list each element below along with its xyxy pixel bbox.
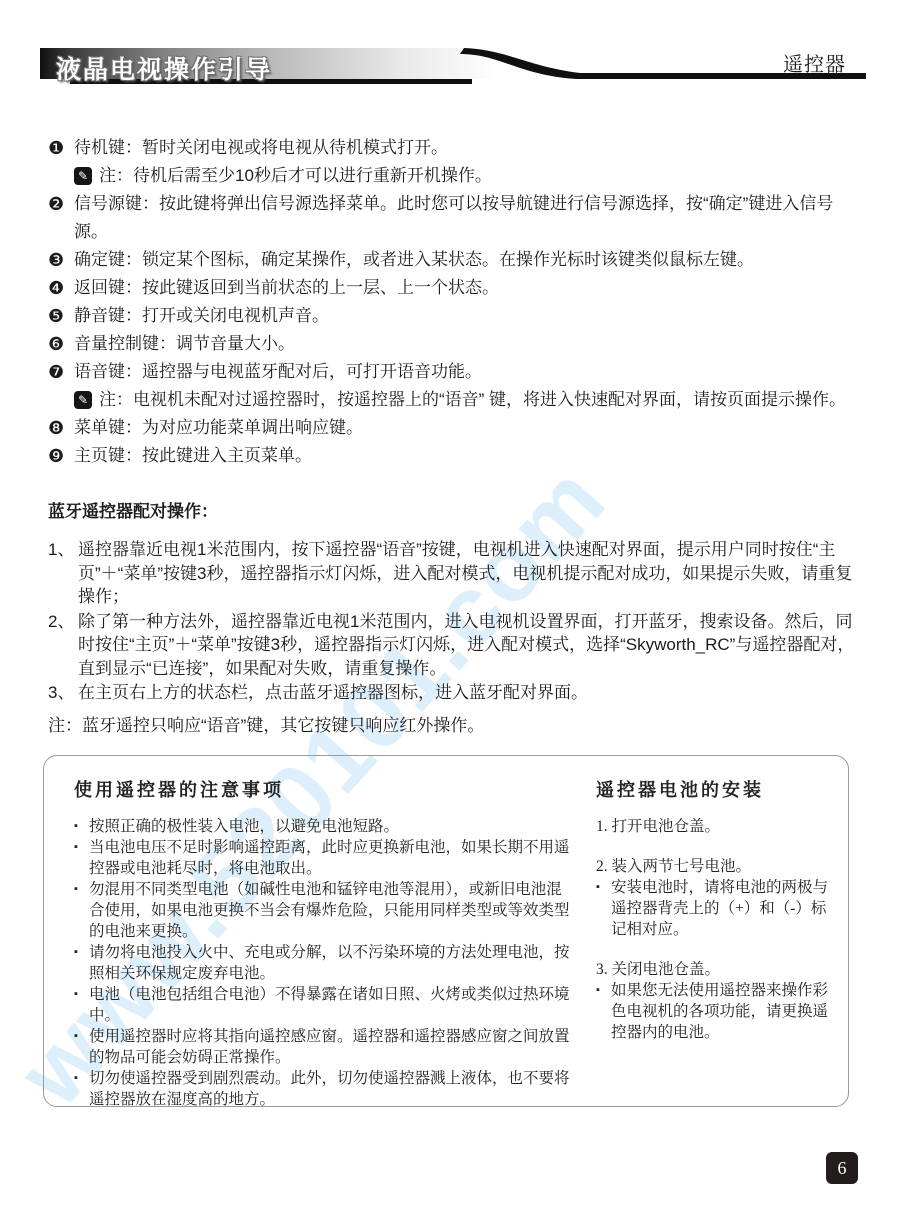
item-text: 信号源键：按此键将弹出信号源选择菜单。此时您可以按导航键进行信号源选择，按“确定… (74, 190, 860, 246)
circled-number: ❺ (48, 302, 74, 330)
key-description-list: ❶ 待机键：暂时关闭电视或将电视从待机模式打开。 ✎ 注：待机后需至少10秒后才… (48, 134, 860, 470)
list-item: ❷ 信号源键：按此键将弹出信号源选择菜单。此时您可以按导航键进行信号源选择，按“… (48, 190, 860, 246)
list-item: ❺ 静音键：打开或关闭电视机声音。 (48, 302, 860, 330)
step-text: 除了第一种方法外，遥控器靠近电视1米范围内，进入电视机设置界面，打开蓝牙，搜索设… (78, 610, 860, 681)
bullet-text: 电池（电池包括组合电池）不得暴露在诸如日照、火烤或类似过热环境中。 (89, 984, 574, 1026)
battery-install-title: 遥控器电池的安装 (596, 776, 828, 802)
list-item: ❹ 返回键：按此键返回到当前状态的上一层、上一个状态。 (48, 274, 860, 302)
circled-number: ❸ (48, 246, 74, 274)
circled-number: ❻ (48, 330, 74, 358)
pairing-section: 蓝牙遥控器配对操作： 1、 遥控器靠近电视1米范围内，按下遥控器“语音”按键，电… (48, 497, 860, 737)
bullet-item: ▪ 电池（电池包括组合电池）不得暴露在诸如日照、火烤或类似过热环境中。 (74, 984, 574, 1026)
square-bullet-icon: ▪ (74, 1068, 89, 1110)
precautions-column: 使用遥控器的注意事项 ▪ 按照正确的极性装入电池，以避免电池短路。 ▪ 当电池电… (74, 776, 574, 1110)
step-number: 1、 (48, 538, 78, 609)
bullet-item: ▪ 请勿将电池投入火中、充电或分解，以不污染环境的方法处理电池，按照相关环保规定… (74, 942, 574, 984)
square-bullet-icon: ▪ (596, 980, 611, 1043)
pencil-icon: ✎ (74, 391, 92, 409)
circled-number: ❷ (48, 190, 74, 246)
bullet-item: ▪ 如果您无法使用遥控器来操作彩色电视机的各项功能，请更换遥控器内的电池。 (596, 980, 828, 1043)
precautions-title: 使用遥控器的注意事项 (74, 776, 574, 802)
square-bullet-icon: ▪ (74, 879, 89, 942)
bullet-item: ▪ 勿混用不同类型电池（如碱性电池和锰锌电池等混用），或新旧电池混合使用，如果电… (74, 879, 574, 942)
note-line: ✎ 注：待机后需至少10秒后才可以进行重新开机操作。 (48, 162, 860, 190)
pencil-icon: ✎ (74, 167, 92, 185)
list-item: ❸ 确定键：锁定某个图标，确定某操作，或者进入某状态。在操作光标时该键类似鼠标左… (48, 246, 860, 274)
step-text: 在主页右上方的状态栏，点击蓝牙遥控器图标，进入蓝牙配对界面。 (78, 681, 860, 705)
circled-number: ❾ (48, 442, 74, 470)
page-number-badge: 6 (826, 1152, 858, 1184)
page-title: 液晶电视操作引导 (56, 50, 272, 86)
item-text: 主页键：按此键进入主页菜单。 (74, 442, 860, 470)
item-text: 返回键：按此键返回到当前状态的上一层、上一个状态。 (74, 274, 860, 302)
bullet-text: 请勿将电池投入火中、充电或分解，以不污染环境的方法处理电池，按照相关环保规定废弃… (89, 942, 574, 984)
circled-number: ❽ (48, 414, 74, 442)
bullet-text: 安装电池时，请将电池的两极与遥控器背壳上的（+）和（-）标记相对应。 (611, 877, 828, 940)
circled-number: ❹ (48, 274, 74, 302)
bullet-item: ▪ 切勿使遥控器受到剧烈震动。此外，切勿使遥控器溅上液体，也不要将遥控器放在湿度… (74, 1068, 574, 1110)
pairing-note: 注：蓝牙遥控只响应“语音”键，其它按键只响应红外操作。 (48, 714, 860, 738)
bullet-text: 按照正确的极性装入电池，以避免电池短路。 (89, 816, 574, 837)
square-bullet-icon: ▪ (74, 942, 89, 984)
step-number: 3、 (48, 681, 78, 705)
bullet-item: ▪ 使用遥控器时应将其指向遥控感应窗。遥控器和遥控器感应窗之间放置的物品可能会妨… (74, 1026, 574, 1068)
note-text: 注：电视机未配对过遥控器时，按遥控器上的“语音” 键，将进入快速配对界面，请按页… (99, 386, 860, 414)
battery-install-column: 遥控器电池的安装 1. 打开电池仓盖。 2. 装入两节七号电池。 ▪ 安装电池时… (596, 776, 828, 1043)
item-text: 语音键：遥控器与电视蓝牙配对后，可打开语音功能。 (74, 358, 860, 386)
bullet-text: 当电池电压不足时影响遥控距离，此时应更换新电池，如果长期不用遥控器或电池耗尽时，… (89, 837, 574, 879)
list-item: ❶ 待机键：暂时关闭电视或将电视从待机模式打开。 (48, 134, 860, 162)
circled-number: ❶ (48, 134, 74, 162)
bullet-text: 勿混用不同类型电池（如碱性电池和锰锌电池等混用），或新旧电池混合使用，如果电池更… (89, 879, 574, 942)
pairing-step: 1、 遥控器靠近电视1米范围内，按下遥控器“语音”按键，电视机进入快速配对界面，… (48, 538, 860, 609)
square-bullet-icon: ▪ (74, 1026, 89, 1068)
list-item: ❽ 菜单键：为对应功能菜单调出响应键。 (48, 414, 860, 442)
battery-step: 3. 关闭电池仓盖。 (596, 959, 828, 980)
item-text: 确定键：锁定某个图标，确定某操作，或者进入某状态。在操作光标时该键类似鼠标左键。 (74, 246, 860, 274)
list-item: ❼ 语音键：遥控器与电视蓝牙配对后，可打开语音功能。 (48, 358, 860, 386)
bullet-text: 使用遥控器时应将其指向遥控感应窗。遥控器和遥控器感应窗之间放置的物品可能会妨碍正… (89, 1026, 574, 1068)
bullet-item: ▪ 安装电池时，请将电池的两极与遥控器背壳上的（+）和（-）标记相对应。 (596, 877, 828, 940)
list-item: ❾ 主页键：按此键进入主页菜单。 (48, 442, 860, 470)
square-bullet-icon: ▪ (596, 877, 611, 940)
manual-page: www.520101.com 液晶电视操作引导 遥控器 (0, 0, 898, 1229)
step-number: 2、 (48, 610, 78, 681)
item-text: 菜单键：为对应功能菜单调出响应键。 (74, 414, 860, 442)
square-bullet-icon: ▪ (74, 984, 89, 1026)
pairing-title: 蓝牙遥控器配对操作： (48, 497, 860, 522)
note-line: ✎ 注：电视机未配对过遥控器时，按遥控器上的“语音” 键，将进入快速配对界面，请… (48, 386, 860, 414)
section-label: 遥控器 (783, 48, 846, 77)
square-bullet-icon: ▪ (74, 816, 89, 837)
step-text: 遥控器靠近电视1米范围内，按下遥控器“语音”按键，电视机进入快速配对界面，提示用… (78, 538, 860, 609)
notice-box: 使用遥控器的注意事项 ▪ 按照正确的极性装入电池，以避免电池短路。 ▪ 当电池电… (43, 755, 849, 1107)
square-bullet-icon: ▪ (74, 837, 89, 879)
bullet-text: 如果您无法使用遥控器来操作彩色电视机的各项功能，请更换遥控器内的电池。 (611, 980, 828, 1043)
battery-step: 1. 打开电池仓盖。 (596, 816, 828, 837)
item-text: 待机键：暂时关闭电视或将电视从待机模式打开。 (74, 134, 860, 162)
circled-number: ❼ (48, 358, 74, 386)
pairing-step: 2、 除了第一种方法外，遥控器靠近电视1米范围内，进入电视机设置界面，打开蓝牙，… (48, 610, 860, 681)
item-text: 静音键：打开或关闭电视机声音。 (74, 302, 860, 330)
battery-step: 2. 装入两节七号电池。 (596, 856, 828, 877)
list-item: ❻ 音量控制键：调节音量大小。 (48, 330, 860, 358)
bullet-item: ▪ 按照正确的极性装入电池，以避免电池短路。 (74, 816, 574, 837)
bullet-item: ▪ 当电池电压不足时影响遥控距离，此时应更换新电池，如果长期不用遥控器或电池耗尽… (74, 837, 574, 879)
pairing-step: 3、 在主页右上方的状态栏，点击蓝牙遥控器图标，进入蓝牙配对界面。 (48, 681, 860, 705)
note-text: 注：待机后需至少10秒后才可以进行重新开机操作。 (99, 162, 860, 190)
item-text: 音量控制键：调节音量大小。 (74, 330, 860, 358)
bullet-text: 切勿使遥控器受到剧烈震动。此外，切勿使遥控器溅上液体，也不要将遥控器放在湿度高的… (89, 1068, 574, 1110)
